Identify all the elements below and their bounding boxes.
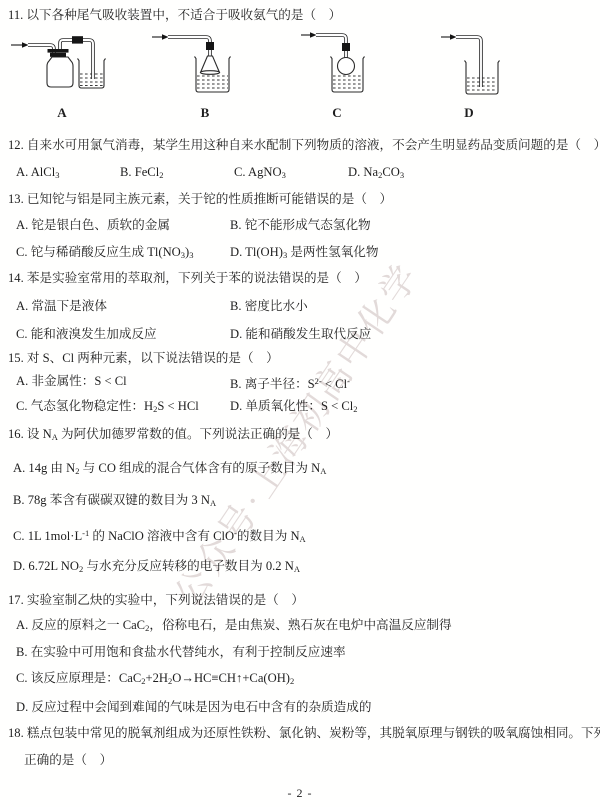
apparatus-b-diagram bbox=[148, 28, 248, 112]
gas-tube bbox=[316, 35, 350, 58]
question-17-option-b: B. 在实验中可用饱和食盐水代替纯水，有利于控制反应速率 bbox=[16, 645, 346, 660]
question-13-option-d: D. Tl(OH)3 是两性氢氧化物 bbox=[230, 245, 379, 263]
liquid bbox=[333, 76, 362, 88]
gas-inlet-arrow bbox=[11, 42, 29, 48]
inverted-funnel bbox=[201, 56, 220, 74]
question-17-option-d: D. 反应过程中会闻到难闻的气味是因为电石中含有的杂质造成的 bbox=[16, 700, 371, 715]
apparatus-a-diagram bbox=[6, 30, 116, 110]
apparatus-d-diagram bbox=[436, 28, 536, 112]
question-15-option-c: C. 气态氢化物稳定性：H2S < HCl bbox=[16, 399, 199, 417]
gas-inlet-arrow bbox=[152, 34, 169, 40]
question-14-option-b: B. 密度比水小 bbox=[230, 299, 308, 314]
question-17-stem: 17. 实验室制乙炔的实验中，下列说法错误的是（ ） bbox=[8, 593, 304, 608]
diagram-label-d: D bbox=[461, 105, 477, 121]
question-18-stem-line2: 正确的是（ ） bbox=[24, 753, 112, 768]
liquid bbox=[197, 76, 228, 88]
question-13-option-a: A. 铊是银白色、质软的金属 bbox=[16, 218, 170, 233]
safety-bulb bbox=[338, 58, 355, 75]
question-15-option-a: A. 非金属性：S < Cl bbox=[16, 374, 127, 389]
question-12-stem: 12. 自来水可用氯气消毒，某学生用这种自来水配制下列物质的溶液，不会产生明显药… bbox=[8, 138, 600, 153]
question-14-option-c: C. 能和液溴发生加成反应 bbox=[16, 327, 157, 342]
question-18-stem-line1: 18. 糕点包装中常见的脱氧剂组成为还原性铁粉、氯化钠、炭粉等，其脱氧原理与钢铁… bbox=[8, 726, 600, 741]
question-16-option-c: C. 1L 1mol·L-1 的 NaClO 溶液中含有 ClO-的数目为 NA bbox=[13, 526, 306, 547]
question-16-option-b: B. 78g 苯含有碳碳双键的数目为 3 NA bbox=[13, 493, 216, 511]
question-13-stem: 13. 已知铊与铝是同主族元素，关于铊的性质推断可能错误的是（ ） bbox=[8, 192, 392, 207]
question-14-option-a: A. 常温下是液体 bbox=[16, 299, 107, 314]
question-12-option-b: B. FeCl2 bbox=[120, 165, 163, 183]
tube-connector bbox=[342, 43, 350, 51]
rubber-stopper bbox=[48, 49, 69, 57]
diagram-label-b: B bbox=[197, 105, 213, 121]
question-15-option-b: B. 离子半径：S2- < Cl- bbox=[230, 374, 350, 392]
question-17-option-a: A. 反应的原料之一 CaC2，俗称电石，是由焦炭、熟石灰在电炉中高温反应制得 bbox=[16, 618, 452, 636]
question-14-option-d: D. 能和硝酸发生取代反应 bbox=[230, 327, 371, 342]
diagram-label-c: C bbox=[329, 105, 345, 121]
question-15-option-d: D. 单质氧化性：S < Cl2 bbox=[230, 399, 358, 417]
question-12-option-a: A. AlCl3 bbox=[16, 165, 59, 183]
question-13-option-b: B. 铊不能形成气态氢化物 bbox=[230, 218, 371, 233]
gas-inlet-arrow bbox=[441, 34, 457, 40]
question-12-option-c: C. AgNO3 bbox=[234, 165, 286, 183]
wash-bottle bbox=[47, 57, 73, 87]
exam-page: 11. 以下各种尾气吸收装置中，不适合于吸收氨气的是（ ） bbox=[0, 0, 600, 807]
question-16-option-a: A. 14g 由 N2 与 CO 组成的混合气体含有的原子数目为 NA bbox=[13, 461, 326, 479]
gas-tube bbox=[168, 37, 214, 57]
question-16-option-d: D. 6.72L NO2 与水充分反应转移的电子数目为 0.2 NA bbox=[13, 559, 300, 577]
tube-connector bbox=[206, 42, 214, 50]
gas-tube bbox=[456, 37, 481, 87]
question-17-option-c: C. 该反应原理是：CaC2+2H2O→HC≡CH↑+Ca(OH)2 bbox=[16, 671, 294, 689]
page-number: - 2 - bbox=[0, 786, 600, 801]
question-12-option-d: D. Na2CO3 bbox=[348, 165, 404, 183]
apparatus-c-diagram bbox=[296, 28, 396, 112]
question-14-stem: 14. 苯是实验室常用的萃取剂，下列关于苯的说法错误的是（ ） bbox=[8, 271, 367, 286]
diagram-label-a: A bbox=[54, 105, 70, 121]
tube-connector bbox=[72, 36, 83, 43]
question-15-stem: 15. 对 S、Cl 两种元素，以下说法错误的是（ ） bbox=[8, 351, 279, 366]
gas-inlet-arrow bbox=[301, 32, 317, 38]
question-11-stem: 11. 以下各种尾气吸收装置中，不适合于吸收氨气的是（ ） bbox=[8, 8, 341, 23]
question-16-stem: 16. 设 NA 为阿伏加德罗常数的值。下列说法正确的是（ ） bbox=[8, 427, 338, 445]
question-13-option-c: C. 铊与稀硝酸反应生成 Tl(NO3)3 bbox=[16, 245, 193, 263]
